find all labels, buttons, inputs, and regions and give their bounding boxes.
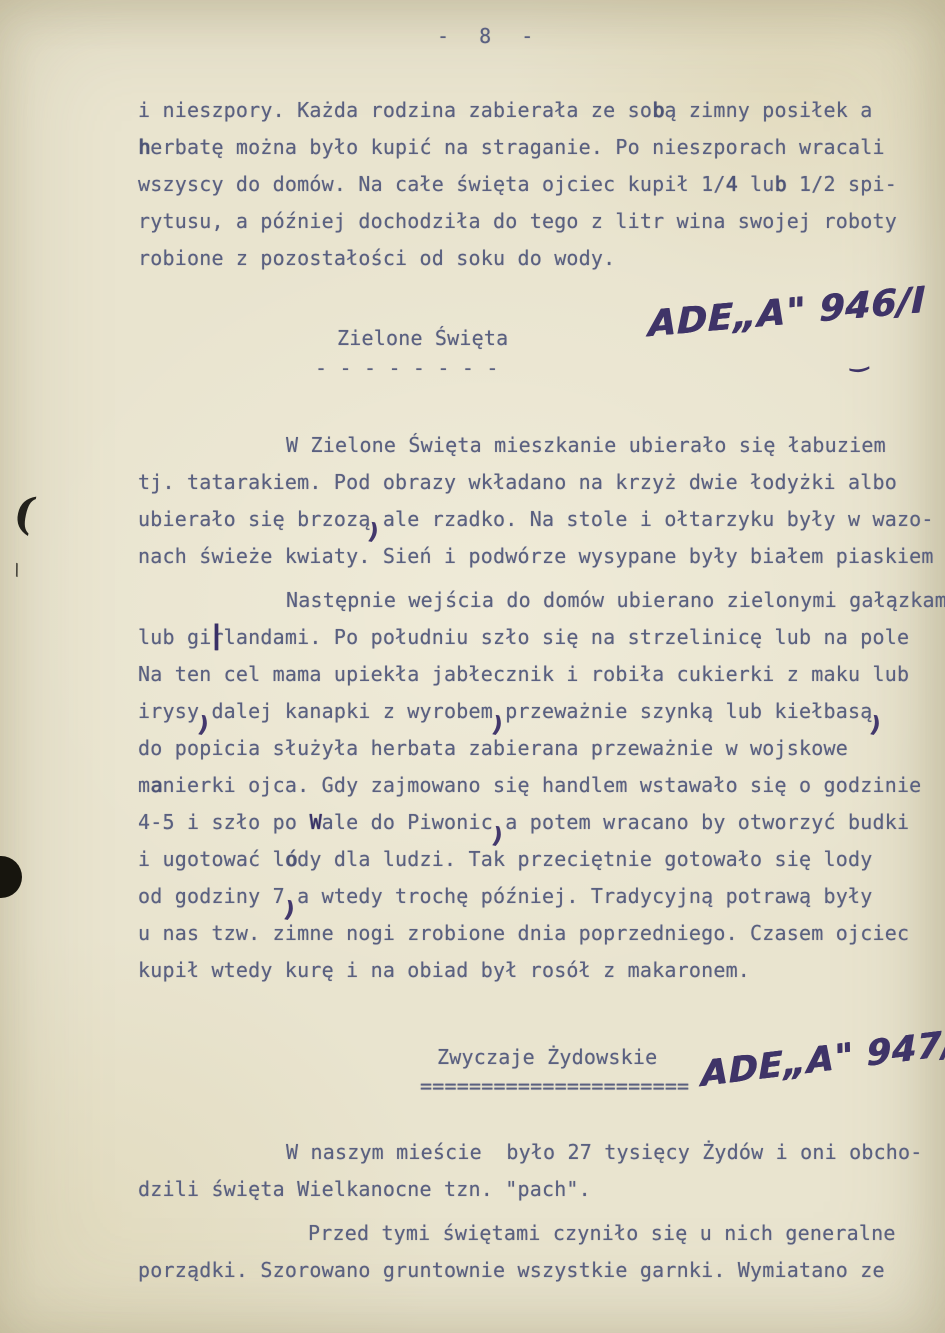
- typed-line: 4-5 i szło po Wale do Piwonic a potem wr…: [138, 804, 945, 841]
- typed-line: rytusu, a później dochodziła do tego z l…: [138, 203, 897, 240]
- typed-line: robione z pozostałości od soku do wody.: [138, 240, 897, 277]
- overstrike-char: 4: [726, 166, 738, 203]
- overstrike-char: W: [310, 804, 322, 841]
- annotation-text: ADE„A" 947/: [701, 1024, 945, 1096]
- margin-paren-mark: (: [9, 486, 40, 540]
- page-number: - 8 -: [437, 22, 535, 50]
- overstrike-char: b: [775, 166, 787, 203]
- typed-line: i nieszpory. Każda rodzina zabierała ze …: [138, 92, 897, 129]
- ink-stroke-mark: |: [208, 620, 224, 651]
- typed-line: kupił wtedy kurę i na obiad był rosół z …: [138, 952, 945, 989]
- paragraph-5: Przed tymi świętami czyniło się u nich g…: [138, 1215, 896, 1289]
- typed-line: tj. tatarakiem. Pod obrazy wkładano na k…: [138, 464, 934, 501]
- paragraph-3: Następnie wejścia do domów ubierano ziel…: [138, 582, 945, 989]
- scanned-document-page: - 8 - i nieszpory. Każda rodzina zabiera…: [0, 0, 945, 1333]
- typed-line: W Zielone Święta mieszkanie ubierało się…: [138, 427, 934, 464]
- typed-line: dzili święta Wielkanocne tzn. "pach".: [138, 1171, 923, 1208]
- typed-line: u nas tzw. zimne nogi zrobione dnia popr…: [138, 915, 945, 952]
- paragraph-2: W Zielone Święta mieszkanie ubierało się…: [138, 427, 934, 575]
- typed-line: Na ten cel mama upiekła jabłecznik i rob…: [138, 656, 945, 693]
- overstrike-char: h: [139, 129, 151, 166]
- typed-line: Przed tymi świętami czyniło się u nich g…: [138, 1215, 896, 1252]
- typed-line: ubierało się brzozą ale rzadko. Na stole…: [138, 501, 934, 538]
- typed-line: W naszym mieście było 27 tysięcy Żydów i…: [138, 1134, 923, 1171]
- overstrike-char: b: [653, 92, 665, 129]
- typed-line: herbatę można było kupić na straganie. P…: [138, 129, 897, 166]
- margin-tick-mark: \: [11, 560, 22, 580]
- paragraph-4: W naszym mieście było 27 tysięcy Żydów i…: [138, 1134, 923, 1208]
- heading-underline: ======================: [420, 1068, 689, 1105]
- typed-line: lub girlandami. Po południu szło się na …: [138, 619, 945, 656]
- typed-line: nach świeże kwiaty. Sień i podwórze wysy…: [138, 538, 934, 575]
- heading-underline: - - - - - - - -: [315, 350, 499, 387]
- handwritten-annotation-2: ADE„A" 947/2: [701, 1021, 945, 1095]
- overstrike-char: a: [151, 767, 163, 804]
- typed-line: irysy dalej kanapki z wyrobem przeważnie…: [138, 693, 945, 730]
- hole-punch-mark: [0, 856, 22, 898]
- typed-line: manierki ojca. Gdy zajmowano się handlem…: [138, 767, 945, 804]
- typed-line: od godziny 7 a wtedy trochę później. Tra…: [138, 878, 945, 915]
- typed-line: i ugotować lody dla ludzi. Tak przeciętn…: [138, 841, 945, 878]
- typed-line: do popicia służyła herbata zabierana prz…: [138, 730, 945, 767]
- handwritten-annotation-1: ADE„A" 946/I: [648, 280, 926, 345]
- overstrike-char: ó: [286, 841, 298, 878]
- typed-line: Następnie wejścia do domów ubierano ziel…: [138, 582, 945, 619]
- typed-line: porządki. Szorowano gruntownie wszystkie…: [138, 1252, 896, 1289]
- ink-underline-mark: ‿: [847, 337, 869, 374]
